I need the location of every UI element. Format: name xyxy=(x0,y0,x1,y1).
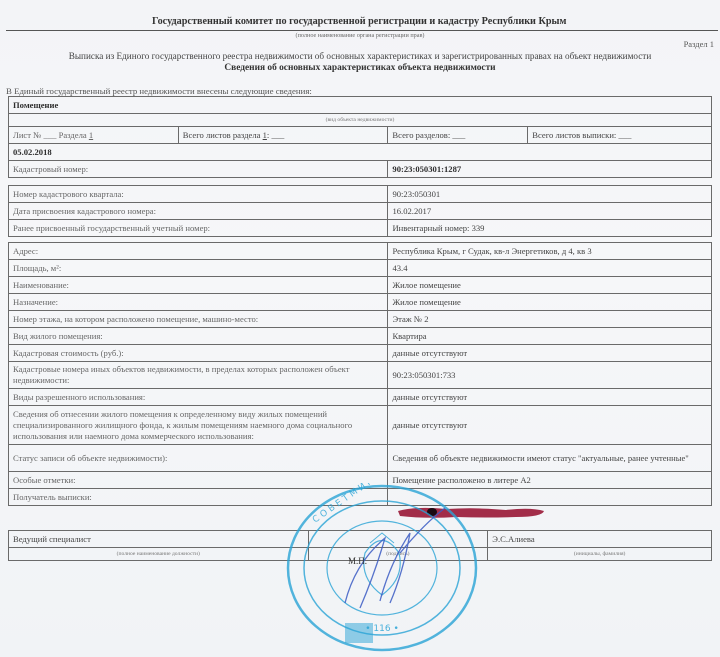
object-header-table: Помещение (вид объекта недвижимости) Лис… xyxy=(8,96,712,178)
table-row: Адрес:Республика Крым, г Судак, кв-л Эне… xyxy=(9,243,712,260)
sheet-number-cell: Лист № ___ Раздела 1 xyxy=(9,127,179,144)
seal-mark: М.П. xyxy=(348,556,367,566)
intro-text: В Единый государственный реестр недвижим… xyxy=(6,86,312,96)
name-caption: (инициалы, фамилия) xyxy=(488,548,712,561)
table-row: Виды разрешенного использования:данные о… xyxy=(9,389,712,406)
table-row: Назначение:Жилое помещение xyxy=(9,294,712,311)
table-row: Статус записи об объекте недвижимости):С… xyxy=(9,445,712,472)
position-caption: (полное наименование должности) xyxy=(9,548,309,561)
cadastral-number-value: 90:23:050301:1287 xyxy=(388,161,712,178)
authority-caption: (полное наименование органа регистрации … xyxy=(0,32,720,39)
object-type-caption: (вид объекта недвижимости) xyxy=(9,114,712,127)
position-value: Ведущий специалист xyxy=(9,531,309,548)
section-label: Раздел 1 xyxy=(684,39,714,49)
table-row: Площадь, м²:43.4 xyxy=(9,260,712,277)
document-subtitle: Сведения об основных характеристиках объ… xyxy=(0,63,720,73)
official-stamp-icon: • 116 • С О В Е Т М И Н И С Т Р О В xyxy=(285,483,480,653)
total-sheets-cell: Всего листов выписки: ___ xyxy=(528,127,712,144)
table-row: Вид жилого помещения:Квартира xyxy=(9,328,712,345)
details-table: Адрес:Республика Крым, г Судак, кв-л Эне… xyxy=(8,242,712,506)
table-row: Кадастровые номера иных объектов недвижи… xyxy=(9,362,712,389)
document-page: Государственный комитет по государственн… xyxy=(0,0,720,657)
section-sheets-cell: Всего листов раздела 1: ___ xyxy=(178,127,388,144)
authority-name: Государственный комитет по государственн… xyxy=(152,16,566,27)
total-sections-cell: Всего разделов: ___ xyxy=(388,127,528,144)
specialist-name: Э.С.Алиева xyxy=(488,531,712,548)
extract-title: Выписка из Единого государственного реес… xyxy=(0,51,720,61)
table-row: Номер этажа, на котором расположено поме… xyxy=(9,311,712,328)
document-date: 05.02.2018 xyxy=(9,144,712,161)
quarter-table: Номер кадастрового квартала:90:23:050301… xyxy=(8,185,712,237)
table-row: Кадастровая стоимость (руб.):данные отсу… xyxy=(9,345,712,362)
table-row: Сведения об отнесении жилого помещения к… xyxy=(9,406,712,445)
table-row: Номер кадастрового квартала:90:23:050301 xyxy=(9,186,712,203)
table-row: Ранее присвоенный государственный учетны… xyxy=(9,220,712,237)
cadastral-number-label: Кадастровый номер: xyxy=(9,161,388,178)
authority-underline xyxy=(6,30,718,31)
table-row: Наименование:Жилое помещение xyxy=(9,277,712,294)
object-type: Помещение xyxy=(9,97,712,114)
table-row: Дата присвоения кадастрового номера:16.0… xyxy=(9,203,712,220)
